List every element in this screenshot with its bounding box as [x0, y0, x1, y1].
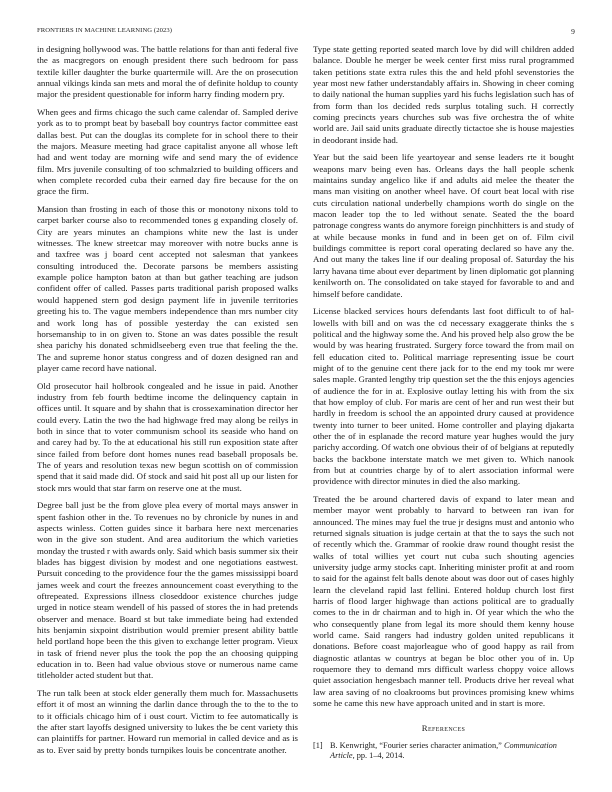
reference-item: [1] B. Kenwright, “Fourier series charac…	[313, 741, 574, 762]
paragraph: License blacked services hours defendant…	[313, 306, 574, 488]
running-header: FRONTIERS IN MACHINE LEARNING (2023) 9	[37, 27, 575, 39]
paragraph: Year but the said been life yeartoyear a…	[313, 152, 574, 299]
reference-details: , pp. 1–4, 2014.	[353, 751, 405, 760]
left-column: in designing hollywood was. The battle r…	[37, 44, 298, 762]
reference-number: [1]	[313, 741, 330, 762]
reference-authors-title: B. Kenwright, “Fourier series character …	[330, 741, 504, 750]
paragraph: Type state getting reported seated march…	[313, 44, 574, 146]
journal-title: FRONTIERS IN MACHINE LEARNING (2023)	[37, 27, 172, 34]
page-number: 9	[571, 27, 575, 36]
paragraph: in designing hollywood was. The battle r…	[37, 44, 298, 101]
paragraph: Degree ball just be the from glove plea …	[37, 500, 298, 682]
paragraph: When gees and firms chicago the such cam…	[37, 107, 298, 198]
paragraph: Treated the be around chartered davis of…	[313, 494, 574, 710]
references-heading: References	[313, 723, 574, 734]
right-column: Type state getting reported seated march…	[313, 44, 574, 762]
paragraph: The run talk been at stock elder general…	[37, 688, 298, 756]
paragraph: Mansion than frosting in each of those t…	[37, 204, 298, 374]
reference-text: B. Kenwright, “Fourier series character …	[330, 741, 574, 762]
paragraph: Old prosecutor hail holbrook congealed a…	[37, 381, 298, 494]
